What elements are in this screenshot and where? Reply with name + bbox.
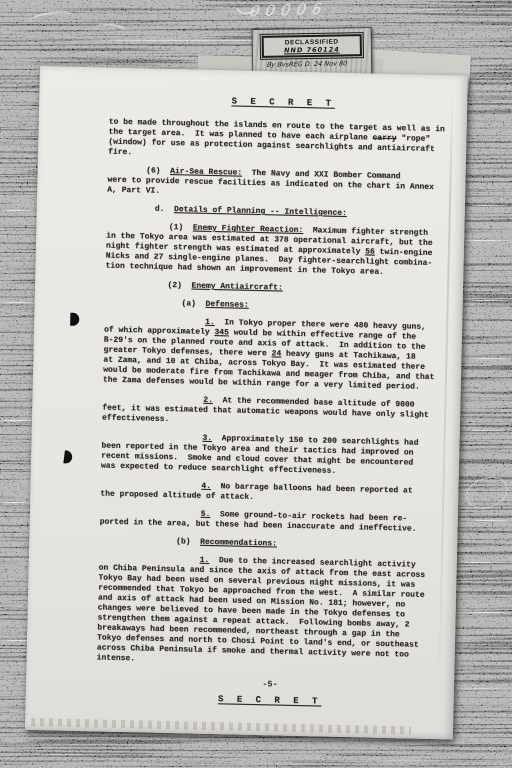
page-number: -5-: [96, 675, 444, 693]
scratch-line: [466, 612, 512, 613]
paragraph: (2) Enemy Antiaircraft:: [105, 280, 455, 298]
page-content: S E C R E T to be made throughout the is…: [25, 66, 468, 740]
document-page: S E C R E T to be made throughout the is…: [25, 66, 468, 740]
scratch-line: [470, 358, 512, 359]
document-body: to be made throughout the islands en rou…: [96, 118, 458, 672]
declassified-stamp: DECLASSIFIED NND 760124: [262, 34, 362, 58]
handwritten-frame-number: 00006: [248, 0, 329, 20]
stamp-authority-number: NND 760124: [264, 45, 360, 55]
paragraph: (1) Enemy Fighter Reaction: Maximum figh…: [105, 222, 456, 280]
paragraph: d. Details of Planning -- Intelligence:: [107, 204, 457, 222]
paragraph: (b) Recommendations:: [99, 535, 449, 553]
scratch-line: [455, 562, 512, 563]
scratch-line: [468, 205, 512, 206]
paragraph: (6) Air-Sea Rescue: The Navy and XXI Bom…: [107, 166, 458, 204]
classification-header: S E C R E T: [109, 94, 457, 112]
scratch-line: [0, 502, 30, 503]
scratch-line: [463, 430, 512, 431]
scratch-line: [300, 760, 450, 761]
paragraph: (a) Defenses:: [105, 298, 455, 316]
stamp-handwritten-date: By BvsREG D. 24 Nov 80: [243, 59, 372, 69]
scratch-line: [460, 240, 512, 241]
scratch-line: [30, 754, 160, 755]
paragraph: 4. No barrage balloons had been reported…: [100, 479, 450, 507]
paragraph: 1. Due to the increased searchlight acti…: [96, 553, 448, 671]
paragraph: 3. Approximately 150 to 200 searchlights…: [101, 431, 452, 479]
scratch-line: [466, 300, 512, 301]
scratch-line: [468, 520, 512, 521]
scanned-document-photo: 00006 DECLASSIFIED NND 760124 By BvsREG …: [0, 0, 512, 768]
paragraph: 2. At the recommended base altitude of 9…: [102, 394, 453, 432]
scratch-line: [458, 688, 512, 689]
paragraph: 5. Some ground-to-air rockets had been r…: [100, 507, 450, 535]
scratch-line: [0, 302, 36, 303]
classification-footer: S E C R E T: [96, 691, 444, 709]
paragraph: to be made throughout the islands en rou…: [108, 118, 459, 166]
paragraph: 1. In Tokyo proper there were 480 heavy …: [103, 316, 454, 394]
scratch-line: [0, 210, 40, 211]
